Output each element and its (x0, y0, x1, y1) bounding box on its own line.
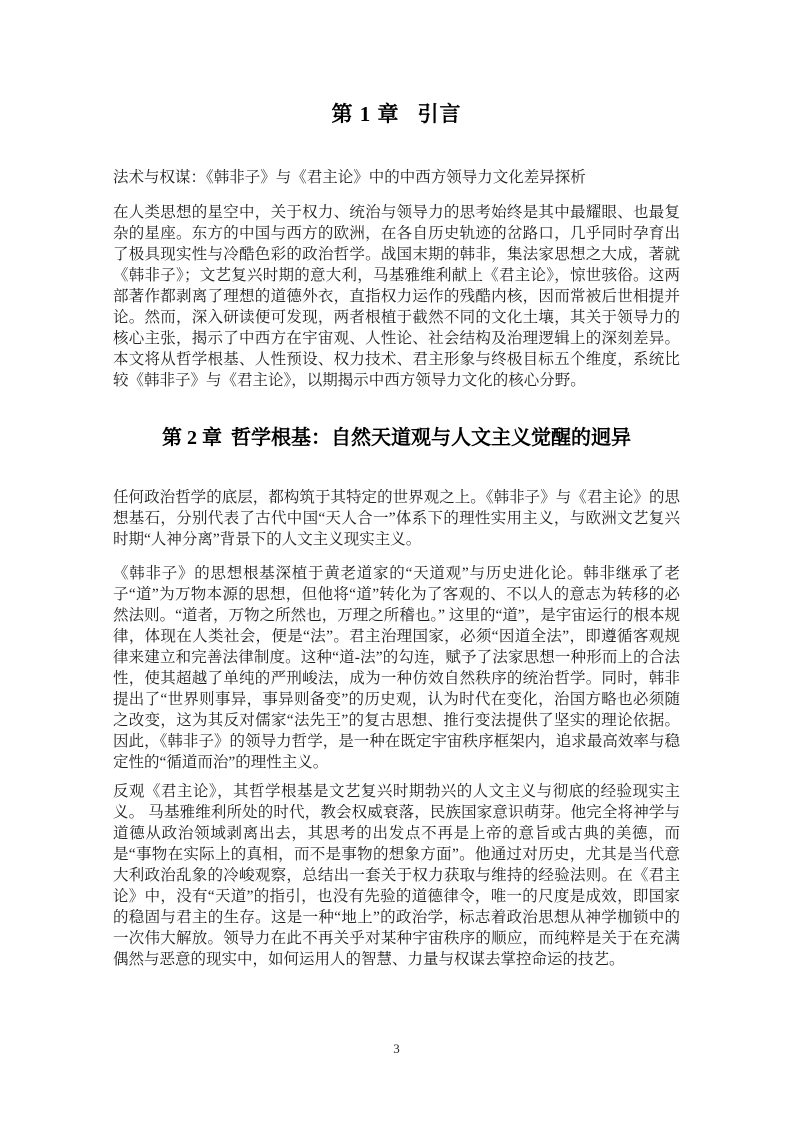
chapter-2-heading: 第 2 章哲学根基：自然天道观与人文主义觉醒的迥异 (113, 424, 680, 452)
chapter-1-paragraph: 在人类思想的星空中，关于权力、统治与领导力的思考始终是其中最耀眼、也最复杂的星座… (113, 202, 680, 391)
document-subtitle: 法术与权谋：《韩非子》与《君主论》中的中西方领导力文化差异探析 (113, 167, 680, 188)
page-number: 3 (0, 1040, 793, 1057)
chapter-2-number: 第 2 章 (162, 427, 222, 449)
chapter-1-title: 引言 (418, 102, 462, 126)
document-page: 第 1 章引言 法术与权谋：《韩非子》与《君主论》中的中西方领导力文化差异探析 … (0, 0, 793, 1122)
chapter-1-heading: 第 1 章引言 (113, 99, 680, 129)
chapter-1-number: 第 1 章 (332, 102, 400, 126)
chapter-2-paragraph-3: 反观《君主论》，其哲学根基是文艺复兴时期勃兴的人文主义与彻底的经验现实主义。 马… (113, 781, 680, 970)
chapter-2-title: 哲学根基：自然天道观与人文主义觉醒的迥异 (231, 427, 631, 449)
chapter-2-paragraph-1: 任何政治哲学的底层，都构筑于其特定的世界观之上。《韩非子》与《君主论》的思想基石… (113, 487, 680, 550)
chapter-2-paragraph-2: 《韩非子》的思想根基深植于黄老道家的“天道观”与历史进化论。韩非继承了老子“道”… (113, 563, 680, 773)
